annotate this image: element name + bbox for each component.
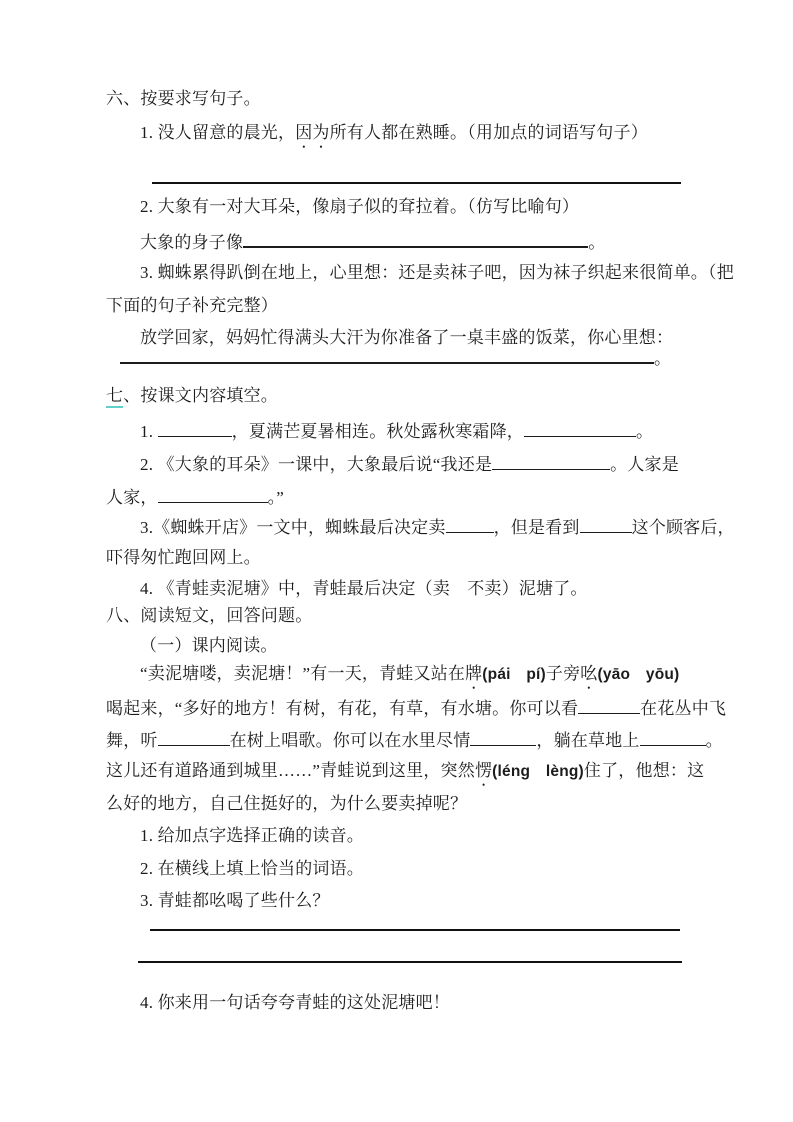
passage-line-5: 么好的地方，自己住挺好的，为什么要卖掉呢？ <box>106 792 467 816</box>
p1-pinyin-2: (yāo yōu) <box>598 666 680 683</box>
passage-blank-3[interactable] <box>470 727 536 746</box>
section-seven-heading-rest: 、按课文内容填空。 <box>123 386 278 405</box>
section-eight-heading: 八、阅读短文，回答问题。 <box>106 604 312 628</box>
passage-blank-4[interactable] <box>640 727 706 746</box>
section-six-q2: 2. 大象有一对大耳朵，像扇子似的耷拉着。（仿写比喻句） <box>140 195 579 219</box>
section-six-heading: 六、按要求写句子。 <box>106 87 261 111</box>
p2-pre: 喝起来，“多好的地方！有树，有花，有草，有水塘。你可以看 <box>106 699 578 718</box>
section-six-q1: 1. 没人留意的晨光，因为所有人都在熟睡。（用加点的词语写句子） <box>140 121 648 152</box>
worksheet-page: 六、按要求写句子。 1. 没人留意的晨光，因为所有人都在熟睡。（用加点的词语写句… <box>0 0 793 1122</box>
section-six-q3-line2: 下面的句子补充完整） <box>106 294 278 318</box>
p1-mid: 子旁 <box>546 664 580 683</box>
q1-text-pre: 1. 没人留意的晨光， <box>140 123 295 142</box>
section-seven-numeral: 七 <box>106 386 123 408</box>
q2-mid: 。人家是 <box>610 455 679 474</box>
q3-blank-1[interactable] <box>446 514 494 533</box>
section-eight-q1: 1. 给加点字选择正确的读音。 <box>140 824 364 848</box>
section-eight-q3: 3. 青蛙都吆喝了些什么？ <box>140 889 330 913</box>
passage-blank-2[interactable] <box>158 727 230 746</box>
section-eight-subheading: （一）课内阅读。 <box>140 634 278 658</box>
q1-period: 。 <box>636 422 653 441</box>
q1-text-post: 所有人都在熟睡。（用加点的词语写句子） <box>330 123 648 142</box>
q2-pre: 2. 《大象的耳朵》一课中，大象最后说“我还是 <box>140 455 492 474</box>
p4-post: 住了，他想：这 <box>584 761 704 780</box>
q3-blank-2[interactable] <box>580 514 632 533</box>
q1-mid: ，夏满芒夏暑相连。秋处露秋寒霜降， <box>232 422 524 441</box>
p3-mid1: 在树上唱歌。你可以在水里尽情 <box>230 731 471 750</box>
q1-blank-1[interactable] <box>158 418 232 437</box>
section-eight-q2: 2. 在横线上填上恰当的词语。 <box>140 857 364 881</box>
q2-period: 。 <box>588 233 605 252</box>
q2-line2-end: 。” <box>268 488 284 507</box>
p1-pre: “卖泥塘喽，卖泥塘！”有一天，青蛙又站在 <box>140 664 465 683</box>
section-seven-q3-line2: 吓得匆忙跑回网上。 <box>106 546 261 570</box>
q1-number: 1. <box>140 422 158 441</box>
passage-line-1: “卖泥塘喽，卖泥塘！”有一天，青蛙又站在牌(pái pí)子旁吆(yāo yōu… <box>140 662 679 693</box>
section-six-q3-answer: 。 <box>120 344 671 371</box>
q1-answer-line[interactable] <box>152 182 681 184</box>
p4-pinyin: (léng lèng) <box>492 763 584 780</box>
section-seven-q4: 4. 《青蛙卖泥塘》中，青蛙最后决定（卖 不卖）泥塘了。 <box>140 577 588 601</box>
q2-blank-1[interactable] <box>492 451 610 470</box>
q3-post: 这个顾客后， <box>632 518 735 537</box>
q3-answer-line-2[interactable] <box>138 961 682 963</box>
p4-pre: 这儿还有道路通到城里……”青蛙说到这里，突然 <box>106 761 475 780</box>
section-seven-q1: 1. ，夏满芒夏暑相连。秋处露秋寒霜降，。 <box>140 418 653 444</box>
q2-blank[interactable] <box>243 228 588 248</box>
section-six-q3-line1: 3. 蜘蛛累得趴倒在地上，心里想：还是卖袜子吧，因为袜子织起来很简单。（把 <box>140 261 734 285</box>
q3-period: 。 <box>654 349 671 368</box>
p1-dotted-char-2: 吆 <box>580 664 597 683</box>
section-six-q2-fill: 大象的身子像。 <box>140 228 605 255</box>
p3-end: 。 <box>706 731 723 750</box>
section-seven-q2-line2: 人家，。” <box>106 484 284 510</box>
p1-pinyin-1: (pái pí) <box>482 666 546 683</box>
p1-dotted-char-1: 牌 <box>465 664 482 683</box>
p4-dotted-char: 愣 <box>475 761 492 780</box>
section-seven-heading: 七、按课文内容填空。 <box>106 384 278 408</box>
p3-pre: 舞，听 <box>106 731 158 750</box>
section-seven-q2-line1: 2. 《大象的耳朵》一课中，大象最后说“我还是。人家是 <box>140 451 679 477</box>
q2-blank-2[interactable] <box>158 484 268 503</box>
section-seven-q3-line1: 3.《蜘蛛开店》一文中，蜘蛛最后决定卖，但是看到这个顾客后， <box>140 514 735 540</box>
p3-mid2: ，躺在草地上 <box>536 731 639 750</box>
passage-line-3: 舞，听在树上唱歌。你可以在水里尽情，躺在草地上。 <box>106 727 723 753</box>
passage-line-4: 这儿还有道路通到城里……”青蛙说到这里，突然愣(léng lèng)住了，他想：… <box>106 759 704 790</box>
p2-post: 在花丛中飞 <box>640 699 726 718</box>
q1-blank-2[interactable] <box>524 418 636 437</box>
q3-answer-line-1[interactable] <box>150 929 680 931</box>
passage-line-2: 喝起来，“多好的地方！有树，有花，有草，有水塘。你可以看在花丛中飞 <box>106 695 726 721</box>
q3-answer-line[interactable] <box>120 344 654 364</box>
q3-mid: ，但是看到 <box>494 518 580 537</box>
q2-stem: 大象的身子像 <box>140 233 243 252</box>
q3-pre: 3.《蜘蛛开店》一文中，蜘蛛最后决定卖 <box>140 518 446 537</box>
section-eight-q4: 4. 你来用一句话夸夸青蛙的这处泥塘吧！ <box>140 991 450 1015</box>
q1-emphasized-word: 因为 <box>295 123 329 142</box>
q2-line2-pre: 人家， <box>106 488 158 507</box>
passage-blank-1[interactable] <box>578 695 640 714</box>
